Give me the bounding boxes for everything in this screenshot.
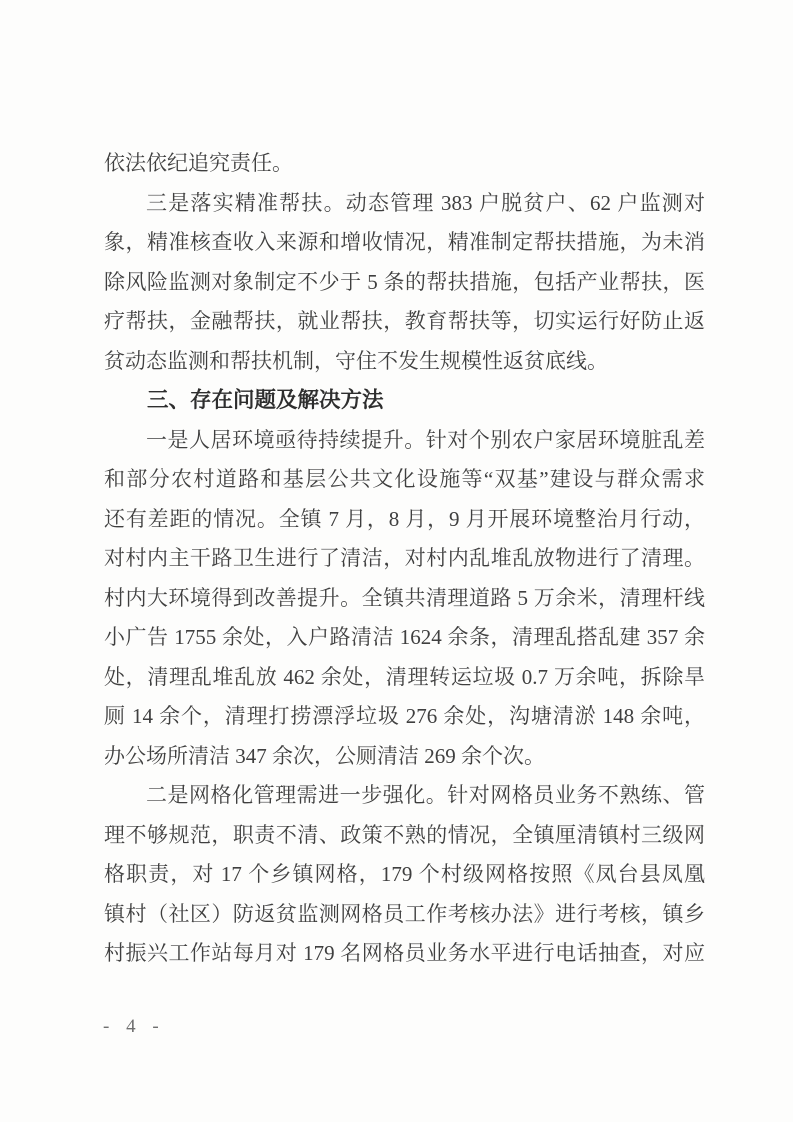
body-line: 小广告 1755 余处，入户路清洁 1624 余条，清理乱搭乱建 357 余 [104, 618, 705, 658]
body-line: 二是网格化管理需进一步强化。针对网格员业务不熟练、管 [104, 776, 705, 816]
body-line: 除风险监测对象制定不少于 5 条的帮扶措施，包括产业帮扶，医 [104, 263, 705, 303]
section-heading: 三、存在问题及解决方法 [104, 381, 705, 421]
body-line: 依法依纪追究责任。 [104, 144, 705, 184]
body-line: 村振兴工作站每月对 179 名网格员业务水平进行电话抽查，对应 [104, 934, 705, 974]
body-line: 和部分农村道路和基层公共文化设施等“双基”建设与群众需求 [104, 460, 705, 500]
body-line: 格职责，对 17 个乡镇网格，179 个村级网格按照《凤台县凤凰 [104, 855, 705, 895]
document-page: 依法依纪追究责任。 三是落实精准帮扶。动态管理 383 户脱贫户、62 户监测对… [0, 0, 793, 1122]
body-line: 疗帮扶，金融帮扶，就业帮扶，教育帮扶等，切实运行好防止返 [104, 302, 705, 342]
body-line: 村内大环境得到改善提升。全镇共清理道路 5 万余米，清理杆线 [104, 579, 705, 619]
body-line: 理不够规范，职责不清、政策不熟的情况，全镇厘清镇村三级网 [104, 816, 705, 856]
body-line: 还有差距的情况。全镇 7 月，8 月，9 月开展环境整治月行动， [104, 500, 705, 540]
body-line: 贫动态监测和帮扶机制，守住不发生规模性返贫底线。 [104, 342, 705, 382]
body-line: 镇村（社区）防返贫监测网格员工作考核办法》进行考核，镇乡 [104, 895, 705, 935]
body-line: 处，清理乱堆乱放 462 余处，清理转运垃圾 0.7 万余吨，拆除旱 [104, 658, 705, 698]
body-line: 三是落实精准帮扶。动态管理 383 户脱贫户、62 户监测对 [104, 184, 705, 224]
document-body: 依法依纪追究责任。 三是落实精准帮扶。动态管理 383 户脱贫户、62 户监测对… [104, 144, 705, 974]
body-line: 厕 14 余个，清理打捞漂浮垃圾 276 余处，沟塘清淤 148 余吨， [104, 697, 705, 737]
body-line: 象，精准核查收入来源和增收情况，精准制定帮扶措施，为未消 [104, 223, 705, 263]
body-line: 办公场所清洁 347 余次，公厕清洁 269 余个次。 [104, 737, 705, 777]
page-number: - 4 - [103, 1013, 165, 1041]
body-line: 对村内主干路卫生进行了清洁，对村内乱堆乱放物进行了清理。 [104, 539, 705, 579]
body-line: 一是人居环境亟待持续提升。针对个别农户家居环境脏乱差 [104, 421, 705, 461]
